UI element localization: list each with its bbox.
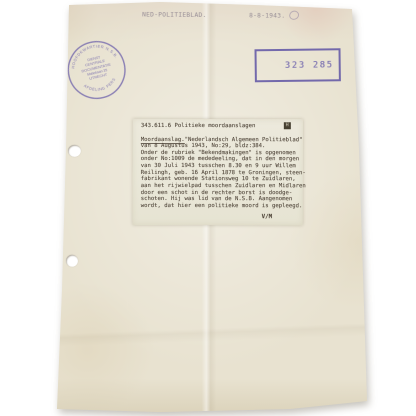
note-body: Moordaanslag."Nederlandsch Algemeen Poli… (141, 136, 306, 209)
classification-heading: 343.611.6 Politieke moordaanslagen (141, 123, 256, 129)
number-stamp: 323 285 (254, 48, 340, 82)
header-publication: NED-POLITIEBLAD. (142, 11, 206, 19)
number-stamp-value: 323 285 (285, 60, 334, 71)
header-date: 8-8-1943. (249, 12, 285, 19)
letter-marker: H (284, 122, 291, 129)
note-line: aan het rijwielpad tusschen Zuidlaren en… (141, 183, 306, 190)
typist-initials: V/M (262, 214, 272, 220)
photo-background: NED-POLITIEBLAD. 8-8-1943. HOOFDKWARTIER… (0, 0, 416, 416)
paper-content: NED-POLITIEBLAD. 8-8-1943. HOOFDKWARTIER… (0, 0, 416, 416)
paper-sheet: NED-POLITIEBLAD. 8-8-1943. HOOFDKWARTIER… (0, 0, 416, 416)
punch-hole-top (68, 145, 81, 157)
note-line: van 30 Juli 1943 tusschen 8.30 en 9 uur … (141, 163, 306, 170)
round-stamp-icon: HOOFDKWARTIER N.S.B. AFDELING PERS DIENS… (58, 31, 135, 108)
pasted-note: 343.611.6 Politieke moordaanslagen H Moo… (133, 119, 303, 225)
note-line-text: "Nederlandsch Algemeen Politieblad" (185, 137, 303, 143)
document-paper: NED-POLITIEBLAD. 8-8-1943. HOOFDKWARTIER… (0, 0, 416, 416)
pen-scribble (288, 9, 301, 21)
note-line: wordt, dat hier een politieke moord is g… (141, 203, 306, 210)
punch-hole-bottom (66, 255, 78, 267)
